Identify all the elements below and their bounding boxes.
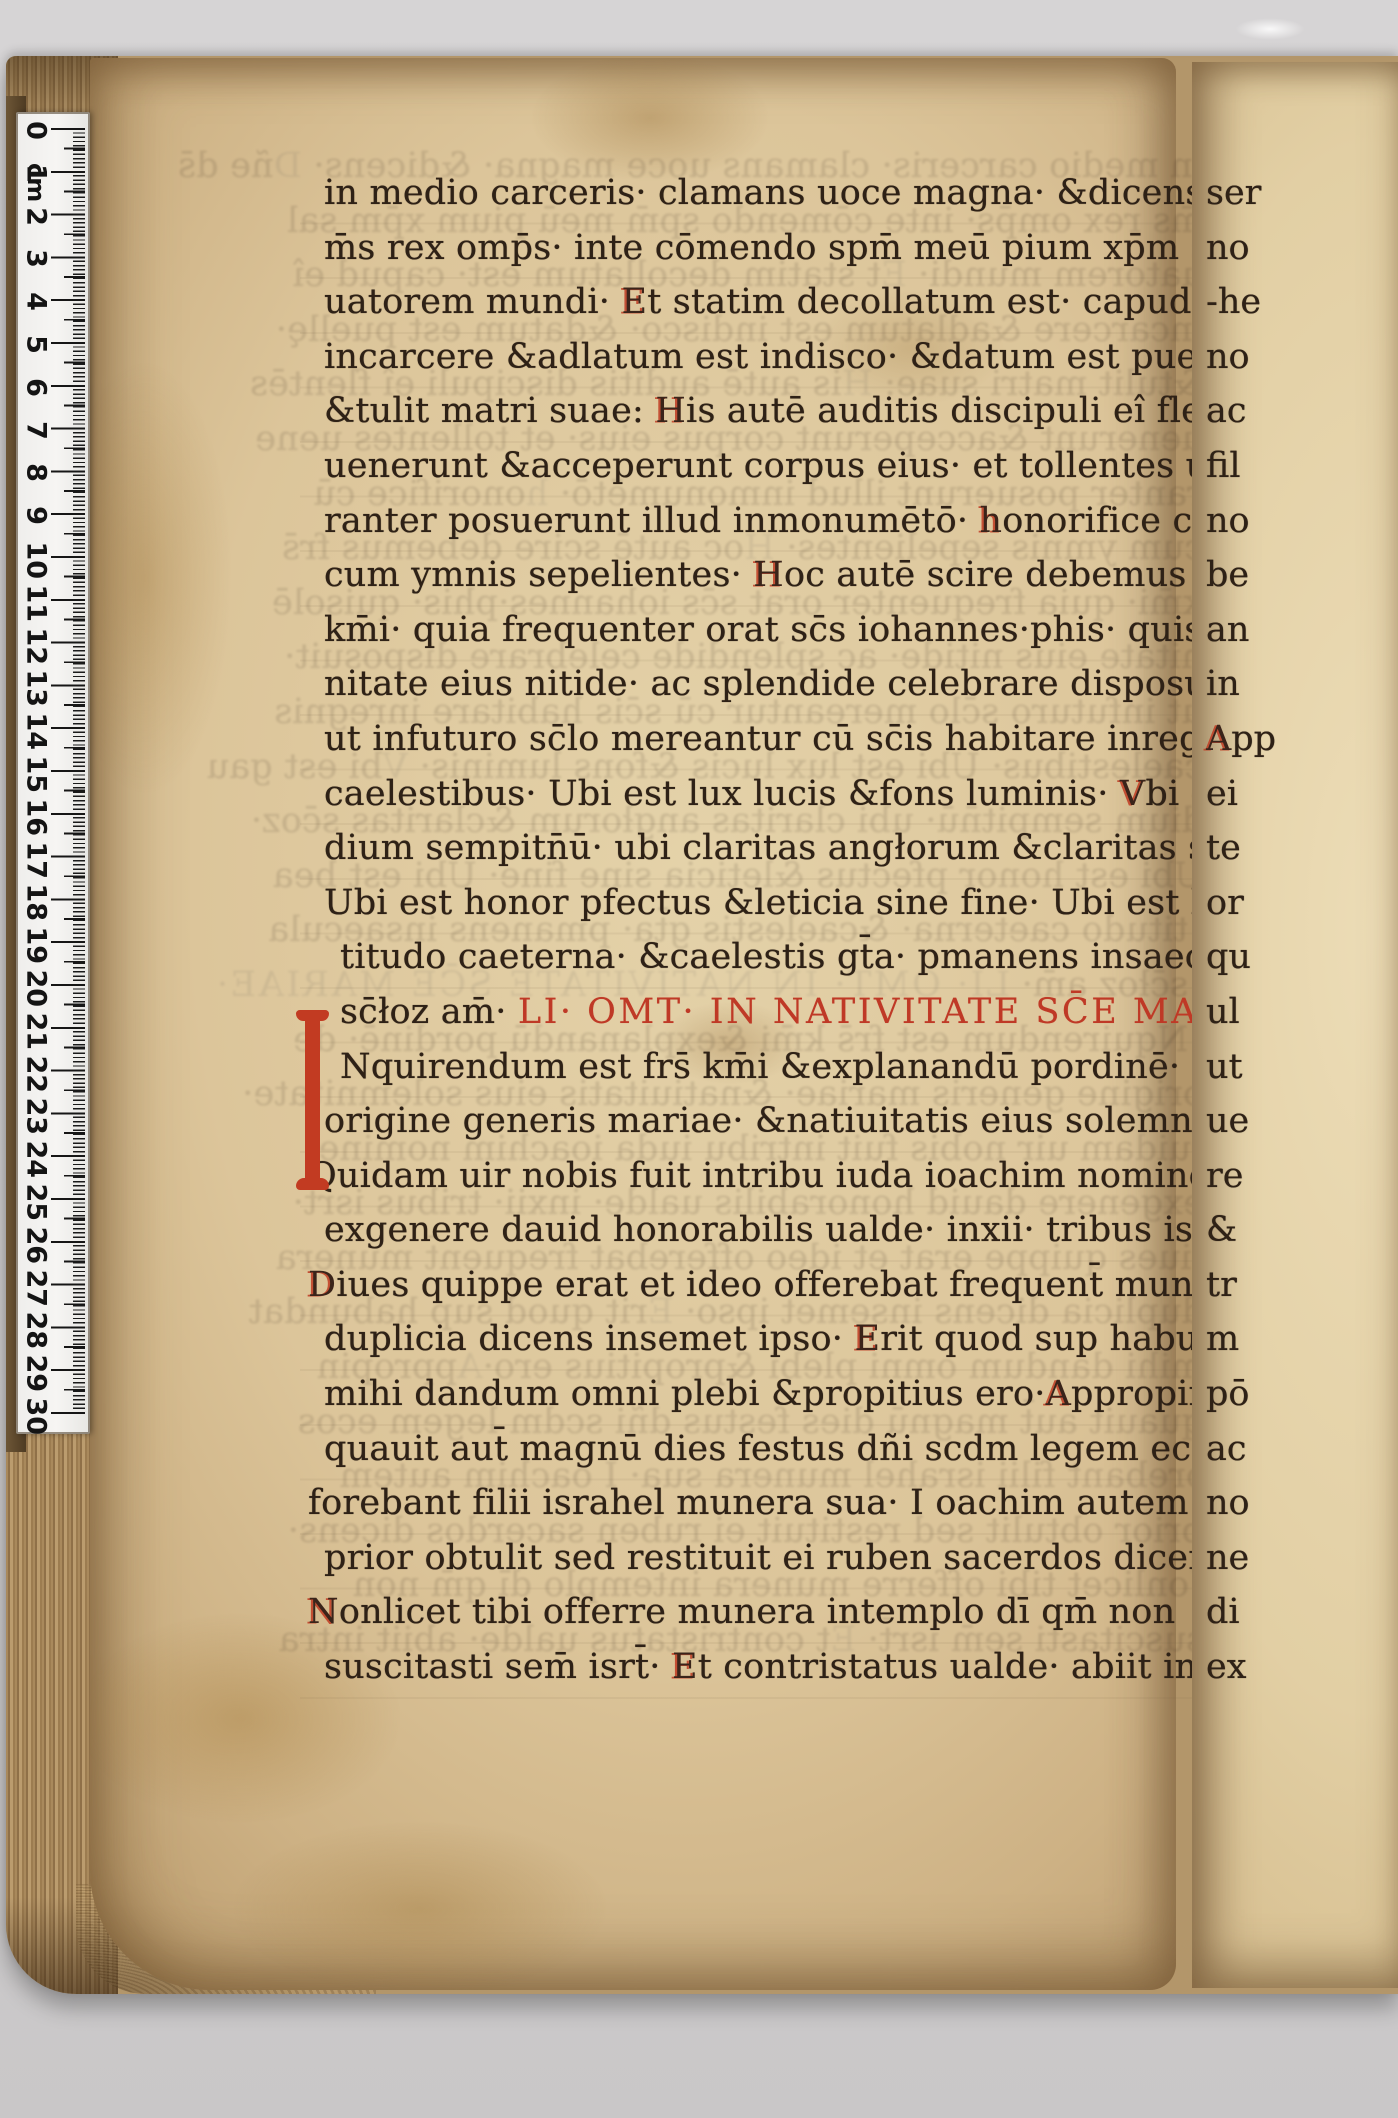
initial-serif-bottom (296, 1178, 329, 1190)
ruler-number: 28 (21, 1312, 52, 1346)
fragment-line: ue (1206, 1094, 1276, 1149)
manuscript-line: ranter posuerunt illud inmonumētō· honor… (324, 494, 1204, 549)
ruler-number: 12 (21, 627, 52, 661)
manuscript-text: pō (1206, 1374, 1249, 1414)
ruler-number: 20 (21, 970, 52, 1004)
manuscript-text: be (1206, 555, 1249, 595)
manuscript-line: &tulit matri suae: His autē auditis disc… (324, 384, 1204, 439)
fragment-line: -he (1206, 275, 1276, 330)
manuscript-text: m (1206, 1319, 1239, 1359)
ruler-number: 5 (21, 328, 52, 362)
fragment-line: in (1206, 657, 1276, 712)
fragment-line: no (1206, 330, 1276, 385)
fragment-line: tr (1206, 1258, 1276, 1313)
manuscript-text: Nquirendum est frs̄ km̄i &explanandū por… (340, 1047, 1235, 1087)
manuscript-text: H (753, 555, 784, 595)
ruler-number: 26 (21, 1226, 52, 1260)
manuscript-text: ex (1206, 1647, 1246, 1687)
fragment-line: be (1206, 548, 1276, 603)
manuscript-text: in medio carceris· clamans uoce magna· &… (324, 173, 1226, 213)
manuscript-text: no (1206, 228, 1250, 268)
fragment-line: ac (1206, 384, 1276, 439)
manuscript-text: N (308, 1592, 339, 1632)
fragment-line: ul (1206, 985, 1276, 1040)
fragment-line: & (1206, 1203, 1276, 1258)
manuscript-text: no (1206, 337, 1250, 377)
manuscript-text: forebant filii israhel munera sua· I oac… (308, 1483, 1189, 1523)
fragment-line: fil (1206, 439, 1276, 494)
manuscript-text: mihi dandum omni plebi &propitius ero· (324, 1374, 1046, 1414)
manuscript-text: D (308, 1265, 336, 1305)
manuscript-text: A (1046, 1374, 1071, 1414)
fragment-line: ser (1206, 166, 1276, 221)
ruler-number: 23 (21, 1098, 52, 1132)
manuscript-text: uatorem mundi· (324, 282, 621, 322)
ruler-number: 27 (21, 1269, 52, 1303)
manuscript-text: pp (1231, 719, 1276, 759)
ruler-number: 8 (21, 456, 52, 490)
manuscript-line: uatorem mundi· Et statim decollatum est·… (324, 275, 1204, 330)
manuscript-text: qu (1206, 937, 1251, 977)
open-book: in medio carceris· clamans uoce magna· &… (6, 56, 1398, 1994)
fragment-line: or (1206, 876, 1276, 931)
manuscript-text: D (274, 146, 302, 186)
manuscript-text: ser (1206, 173, 1261, 213)
ruler-number: 9 (21, 499, 52, 533)
manuscript-text: ut (1206, 1047, 1243, 1087)
manuscript-text: iues quippe erat et ideo offerebat frequ… (336, 1265, 1252, 1305)
manuscript-text: m̄s rex omp̄s· inte cōmendo spm̄ meū piu… (324, 228, 1241, 268)
manuscript-text: incarcere &adlatum est indisco· &datum e… (324, 337, 1252, 377)
manuscript-line: Ubi est honor pfectus &leticia sine fine… (324, 876, 1204, 931)
fragment-line: ex (1206, 1640, 1276, 1695)
ruler-number: 2 (21, 199, 52, 233)
manuscript-line: ut infuturo sc̄lo mereantur cū sc̄is hab… (324, 712, 1204, 767)
manuscript-line: duplicia dicens insemet ipso· Erit quod … (324, 1312, 1204, 1367)
manuscript-text: ut infuturo sc̄lo mereantur cū sc̄is hab… (324, 719, 1254, 759)
ruler-number: 30 (21, 1398, 52, 1432)
fragment-line: no (1206, 1476, 1276, 1531)
manuscript-line: m̄s rex omp̄s· inte cōmendo spm̄ meū piu… (324, 221, 1204, 276)
manuscript-line: sc̄łoz am̄· LI· OMT· IN NATIVITATE SC̄E … (324, 985, 1204, 1040)
background-highlight (1235, 18, 1305, 40)
ruler-number: 3 (21, 242, 52, 276)
manuscript-text: uenerunt &acceperunt corpus eius· et tol… (324, 446, 1273, 486)
manuscript-text: ne (1206, 1538, 1249, 1578)
manuscript-line: caelestibus· Ubi est lux lucis &fons lum… (324, 767, 1204, 822)
ruler-number: 16 (21, 798, 52, 832)
ruler-number: 22 (21, 1055, 52, 1089)
ruler-number: 14 (21, 713, 52, 747)
fragment-line: ut (1206, 1040, 1276, 1095)
ruler-number: 6 (21, 370, 52, 404)
manuscript-text: ac (1206, 1429, 1246, 1469)
manuscript-line: nitate eius nitide· ac splendide celebra… (324, 657, 1204, 712)
manuscript-line: Nonlicet tibi offerre munera intemplo dī… (308, 1585, 1204, 1640)
manuscript-text: an (1206, 610, 1249, 650)
manuscript-photo: in medio carceris· clamans uoce magna· &… (0, 0, 1398, 2118)
manuscript-text: quauit aut̄ magnū dies festus dñi scdm l… (324, 1429, 1231, 1469)
manuscript-text: or (1206, 883, 1244, 923)
manuscript-text: di (1206, 1592, 1240, 1632)
manuscript-line: incarcere &adlatum est indisco· &datum e… (324, 330, 1204, 385)
manuscript-text: ei (1206, 774, 1238, 814)
left-page: in medio carceris· clamans uoce magna· &… (90, 58, 1176, 1990)
manuscript-text: Ubi est honor pfectus &leticia sine fine… (324, 883, 1256, 923)
manuscript-text: -he (1206, 282, 1261, 322)
manuscript-text: onlicet tibi offerre munera intemplo dī … (339, 1592, 1176, 1632)
manuscript-line: Quidam uir nobis fuit intribu iuda ioach… (308, 1149, 1204, 1204)
fragment-line: an (1206, 603, 1276, 658)
ruler-ticks (51, 128, 85, 1414)
ruler-number: 19 (21, 927, 52, 961)
ruler-number: 24 (21, 1141, 52, 1175)
initial-stem (305, 1016, 320, 1184)
manuscript-text: re (1206, 1156, 1243, 1196)
manuscript-text: Quidam uir nobis fuit intribu iuda ioach… (308, 1156, 1210, 1196)
ruler-number: 11 (21, 584, 52, 618)
manuscript-text: nitate eius nitide· ac splendide celebra… (324, 664, 1244, 704)
manuscript-line: exgenere dauid honorabilis ualde· inxii·… (324, 1203, 1204, 1258)
ruler-number: 4 (21, 285, 52, 319)
manuscript-text: suscitasti sem̄ isrt̄· (324, 1647, 672, 1687)
fragment-line: no (1206, 494, 1276, 549)
ruler-number: 17 (21, 841, 52, 875)
manuscript-text: cum ymnis sepelientes· (324, 555, 753, 595)
manuscript-text: tr (1206, 1265, 1237, 1305)
manuscript-text: duplicia dicens insemet ipso· (324, 1319, 854, 1359)
manuscript-text: fil (1206, 446, 1241, 486)
manuscript-text: H (655, 391, 686, 431)
manuscript-text: in (1206, 664, 1240, 704)
manuscript-text: & (1206, 1210, 1237, 1250)
manuscript-text: E (854, 1319, 880, 1359)
manuscript-text: h (980, 501, 1003, 541)
manuscript-text: &tulit matri suae: (324, 391, 655, 431)
manuscript-line: forebant filii israhel munera sua· I oac… (308, 1476, 1204, 1531)
measuring-ruler: cm 0123456789101112131415161718192021222… (16, 112, 90, 1434)
manuscript-text: A (1206, 719, 1231, 759)
manuscript-line: titudo caeterna· &caelestis gt̄a· pmanen… (324, 930, 1204, 985)
ruler-number: 13 (21, 670, 52, 704)
text-block: in medio carceris· clamans uoce magna· &… (324, 166, 1204, 1695)
manuscript-text: titudo caeterna· &caelestis gt̄a· pmanen… (340, 937, 1260, 977)
manuscript-text: km̄i· quia frequenter orat sc̄s iohannes… (324, 610, 1256, 650)
manuscript-text: te (1206, 828, 1241, 868)
manuscript-line: Nquirendum est frs̄ km̄i &explanandū por… (324, 1040, 1204, 1095)
manuscript-text: ñe ds̄ (178, 146, 274, 186)
manuscript-text: prior obtulit sed restituit ei ruben sac… (324, 1538, 1240, 1578)
manuscript-text: ul (1206, 992, 1240, 1032)
manuscript-line: km̄i· quia frequenter orat sc̄s iohannes… (324, 603, 1204, 658)
manuscript-line: origine generis mariae· &natiuitatis eiu… (324, 1094, 1204, 1149)
ruler-number: 21 (21, 1012, 52, 1046)
manuscript-text: no (1206, 501, 1250, 541)
fragment-line: qu (1206, 930, 1276, 985)
fragment-line: no (1206, 221, 1276, 276)
ruler-number: 15 (21, 756, 52, 790)
fragment-line: ne (1206, 1531, 1276, 1586)
manuscript-text: ue (1206, 1101, 1249, 1141)
manuscript-line: uenerunt &acceperunt corpus eius· et tol… (324, 439, 1204, 494)
ruler-number: 18 (21, 884, 52, 918)
manuscript-text: no (1206, 1483, 1250, 1523)
fragment-line: m (1206, 1312, 1276, 1367)
manuscript-line: Diues quippe erat et ideo offerebat freq… (308, 1258, 1204, 1313)
fragment-line: ac (1206, 1422, 1276, 1477)
manuscript-text: E (621, 282, 647, 322)
fragment-line: di (1206, 1585, 1276, 1640)
fragment-line: pō (1206, 1367, 1276, 1422)
ruler-number: 1 (21, 156, 52, 190)
ruler-number: 0 (21, 114, 52, 148)
fragment-line: App (1206, 712, 1276, 767)
manuscript-text: E (672, 1647, 698, 1687)
book-gutter (1142, 56, 1196, 1994)
ruler-number: 7 (21, 413, 52, 447)
manuscript-text: exgenere dauid honorabilis ualde· inxii·… (324, 1210, 1236, 1250)
rubricated-initial-I (296, 1010, 330, 1190)
ruler-number: 10 (21, 542, 52, 576)
manuscript-line: suscitasti sem̄ isrt̄· Et contristatus u… (324, 1640, 1204, 1695)
fragment-line: ei (1206, 767, 1276, 822)
fragment-line: te (1206, 821, 1276, 876)
right-page-text-fragments: serno-henoacfilnobeaninAppeiteorquulutue… (1206, 166, 1276, 1695)
right-page-sliver: serno-henoacfilnobeaninAppeiteorquulutue… (1192, 62, 1398, 1988)
ruler-number: 29 (21, 1355, 52, 1389)
manuscript-text: ranter posuerunt illud inmonumētō· (324, 501, 980, 541)
manuscript-text: dium sempitn̄ū· ubi claritas angłorum &c… (324, 828, 1277, 868)
manuscript-line: prior obtulit sed restituit ei ruben sac… (324, 1531, 1204, 1586)
manuscript-line: cum ymnis sepelientes· Hoc autē scire de… (324, 548, 1204, 603)
manuscript-line: mihi dandum omni plebi &propitius ero·Ap… (324, 1367, 1204, 1422)
manuscript-text: sc̄łoz am̄· (340, 992, 518, 1032)
ruler-number: 25 (21, 1184, 52, 1218)
manuscript-line: quauit aut̄ magnū dies festus dñi scdm l… (324, 1422, 1204, 1477)
manuscript-text: ac (1206, 391, 1246, 431)
fragment-line: re (1206, 1149, 1276, 1204)
manuscript-text: caelestibus· Ubi est lux lucis &fons lum… (324, 774, 1120, 814)
manuscript-line: dium sempitn̄ū· ubi claritas angłorum &c… (324, 821, 1204, 876)
manuscript-line: in medio carceris· clamans uoce magna· &… (324, 166, 1204, 221)
